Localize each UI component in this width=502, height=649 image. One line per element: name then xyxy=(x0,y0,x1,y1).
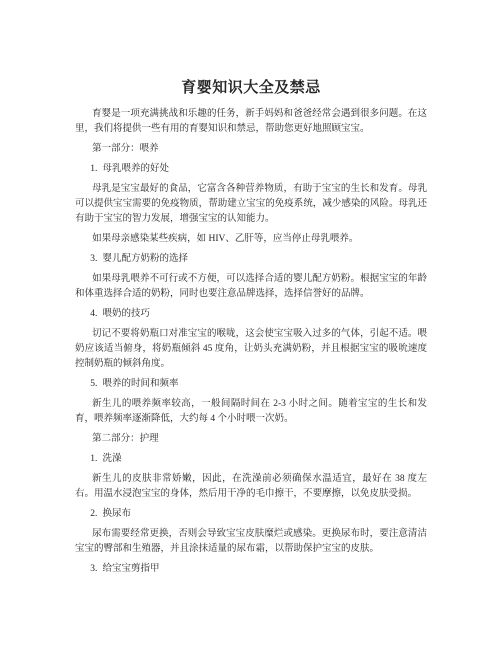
paragraph: 新生儿的皮肤非常娇嫩，因此，在洗澡前必须确保水温适宜，最好在 38 度左右。用温… xyxy=(75,472,427,502)
numbered-item: 5.喂养的时间和频率 xyxy=(75,377,427,392)
item-text: 换尿布 xyxy=(103,509,132,519)
item-text: 喂奶的技巧 xyxy=(103,309,151,319)
numbered-item: 3.婴儿配方奶粉的选择 xyxy=(75,252,427,267)
item-number: 5. xyxy=(90,379,97,389)
item-text: 给宝宝剪指甲 xyxy=(103,564,160,574)
item-number: 1. xyxy=(90,454,97,464)
paragraph: 如果母乳喂养不可行或不方便，可以选择合适的婴儿配方奶粉。根据宝宝的年龄和体重选择… xyxy=(75,272,427,302)
item-text: 喂养的时间和频率 xyxy=(103,379,179,389)
document-page: 育婴知识大全及禁忌 育婴是一项充满挑战和乐趣的任务，新手妈妈和爸爸经常会遇到很多… xyxy=(0,0,502,649)
numbered-item: 2.换尿布 xyxy=(75,507,427,522)
numbered-item: 4.喂奶的技巧 xyxy=(75,307,427,322)
paragraph: 切记不要将奶瓶口对准宝宝的喉咙，这会使宝宝吸入过多的气体，引起不适。喂奶应该适当… xyxy=(75,327,427,372)
item-number: 3. xyxy=(90,564,97,574)
item-text: 母乳喂养的好处 xyxy=(103,164,170,174)
paragraph: 育婴是一项充满挑战和乐趣的任务，新手妈妈和爸爸经常会遇到很多问题。在这里，我们将… xyxy=(75,107,427,137)
item-number: 3. xyxy=(90,254,97,264)
numbered-item: 1.洗澡 xyxy=(75,452,427,467)
document-body: 育婴是一项充满挑战和乐趣的任务，新手妈妈和爸爸经常会遇到很多问题。在这里，我们将… xyxy=(75,107,427,577)
paragraph: 母乳是宝宝最好的食品，它富含各种营养物质，有助于宝宝的生长和发育。母乳可以提供宝… xyxy=(75,182,427,227)
section-heading: 第一部分：喂养 xyxy=(75,142,427,157)
numbered-item: 1.母乳喂养的好处 xyxy=(75,162,427,177)
item-number: 4. xyxy=(90,309,97,319)
paragraph: 新生儿的喂养频率较高，一般间隔时间在 2-3 小时之间。随着宝宝的生长和发育，喂… xyxy=(75,397,427,427)
section-heading: 第二部分：护理 xyxy=(75,432,427,447)
item-number: 1. xyxy=(90,164,97,174)
paragraph: 尿布需要经常更换，否则会导致宝宝皮肤糜烂或感染。更换尿布时，要注意清洁宝宝的臀部… xyxy=(75,527,427,557)
item-text: 洗澡 xyxy=(103,454,122,464)
document-title: 育婴知识大全及禁忌 xyxy=(75,78,427,98)
numbered-item: 3.给宝宝剪指甲 xyxy=(75,562,427,577)
item-text: 婴儿配方奶粉的选择 xyxy=(103,254,189,264)
item-number: 2. xyxy=(90,509,97,519)
paragraph: 如果母亲感染某些疾病，如 HIV、乙肝等，应当停止母乳喂养。 xyxy=(75,232,427,247)
